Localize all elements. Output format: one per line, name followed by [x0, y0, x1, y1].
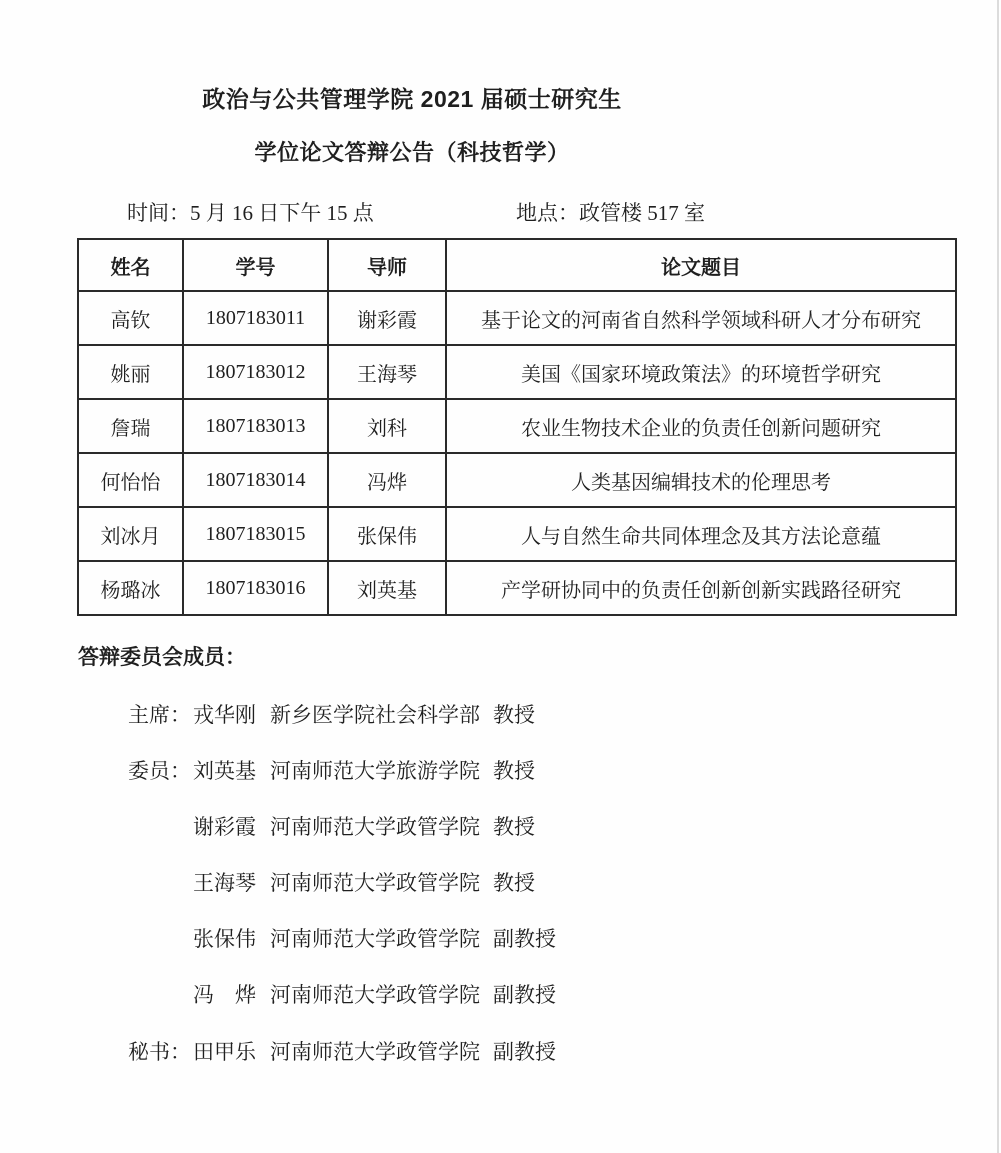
member-name: 张保伟: [193, 923, 256, 953]
student-name-cell: 刘冰月: [78, 507, 183, 561]
committee-member-row: 谢彩霞 河南师范大学政管学院 教授: [128, 811, 535, 841]
student-name-cell: 何怡怡: [78, 453, 183, 507]
member-affiliation: 新乡医学院社会科学部: [270, 699, 480, 729]
table-row: 何怡怡 1807183014 冯烨 人类基因编辑技术的伦理思考: [78, 453, 956, 507]
member-affiliation: 河南师范大学政管学院: [270, 979, 480, 1009]
member-affiliation: 河南师范大学政管学院: [270, 867, 480, 897]
thesis-title-cell: 人与自然生命共同体理念及其方法论意蕴: [446, 507, 956, 561]
thesis-title-cell: 基于论文的河南省自然科学领域科研人才分布研究: [446, 291, 956, 345]
member-affiliation: 河南师范大学政管学院: [270, 811, 480, 841]
member-title: 教授: [493, 811, 535, 841]
column-header-advisor: 导师: [328, 239, 446, 291]
member-name: 刘英基: [193, 755, 256, 785]
thesis-title-cell: 农业生物技术企业的负责任创新问题研究: [446, 399, 956, 453]
advisor-cell: 张保伟: [328, 507, 446, 561]
table-row: 高钦 1807183011 谢彩霞 基于论文的河南省自然科学领域科研人才分布研究: [78, 291, 956, 345]
column-header-id: 学号: [183, 239, 328, 291]
member-title: 教授: [493, 699, 535, 729]
member-name: 戎华刚: [193, 699, 256, 729]
member-title: 副教授: [493, 923, 556, 953]
student-id-cell: 1807183016: [183, 561, 328, 615]
advisor-cell: 冯烨: [328, 453, 446, 507]
table-row: 刘冰月 1807183015 张保伟 人与自然生命共同体理念及其方法论意蕴: [78, 507, 956, 561]
member-role-label: 秘书：: [128, 1036, 193, 1066]
member-title: 副教授: [493, 979, 556, 1009]
table-header-row: 姓名 学号 导师 论文题目: [78, 239, 956, 291]
thesis-title-cell: 人类基因编辑技术的伦理思考: [446, 453, 956, 507]
thesis-title-cell: 产学研协同中的负责任创新创新实践路径研究: [446, 561, 956, 615]
member-affiliation: 河南师范大学政管学院: [270, 1036, 480, 1066]
student-name-cell: 姚丽: [78, 345, 183, 399]
student-id-cell: 1807183011: [183, 291, 328, 345]
column-header-thesis: 论文题目: [446, 239, 956, 291]
member-title: 教授: [493, 867, 535, 897]
table-row: 姚丽 1807183012 王海琴 美国《国家环境政策法》的环境哲学研究: [78, 345, 956, 399]
advisor-cell: 谢彩霞: [328, 291, 446, 345]
page-right-edge-divider: [997, 0, 999, 1153]
member-role-label: 委员：: [128, 755, 193, 785]
page-title-line2: 学位论文答辩公告（科技哲学）: [0, 136, 824, 167]
student-id-cell: 1807183013: [183, 399, 328, 453]
member-name: 田甲乐: [193, 1036, 256, 1066]
member-affiliation: 河南师范大学政管学院: [270, 923, 480, 953]
student-id-cell: 1807183015: [183, 507, 328, 561]
thesis-title-cell: 美国《国家环境政策法》的环境哲学研究: [446, 345, 956, 399]
student-name-cell: 詹瑞: [78, 399, 183, 453]
committee-member-row: 秘书： 田甲乐 河南师范大学政管学院 副教授: [128, 1036, 556, 1066]
committee-member-row: 冯 烨 河南师范大学政管学院 副教授: [128, 979, 556, 1009]
committee-member-row: 王海琴 河南师范大学政管学院 教授: [128, 867, 535, 897]
student-name-cell: 高钦: [78, 291, 183, 345]
table-row: 詹瑞 1807183013 刘科 农业生物技术企业的负责任创新问题研究: [78, 399, 956, 453]
member-role-label: 主席：: [128, 699, 193, 729]
committee-member-row: 委员： 刘英基 河南师范大学旅游学院 教授: [128, 755, 535, 785]
member-name: 王海琴: [193, 867, 256, 897]
advisor-cell: 刘科: [328, 399, 446, 453]
member-name: 谢彩霞: [193, 811, 256, 841]
member-affiliation: 河南师范大学旅游学院: [270, 755, 480, 785]
committee-member-row: 主席： 戎华刚 新乡医学院社会科学部 教授: [128, 699, 535, 729]
table-row: 杨璐冰 1807183016 刘英基 产学研协同中的负责任创新创新实践路径研究: [78, 561, 956, 615]
student-id-cell: 1807183012: [183, 345, 328, 399]
page-title-line1: 政治与公共管理学院 2021 届硕士研究生: [0, 81, 824, 114]
member-title: 教授: [493, 755, 535, 785]
defense-time-label: 时间：5 月 16 日下午 15 点: [127, 197, 374, 227]
advisor-cell: 刘英基: [328, 561, 446, 615]
committee-heading: 答辩委员会成员：: [78, 641, 246, 671]
students-table: 姓名 学号 导师 论文题目 高钦 1807183011 谢彩霞 基于论文的河南省…: [77, 238, 957, 616]
defense-location-label: 地点：政管楼 517 室: [516, 197, 705, 227]
advisor-cell: 王海琴: [328, 345, 446, 399]
member-title: 副教授: [493, 1036, 556, 1066]
student-name-cell: 杨璐冰: [78, 561, 183, 615]
member-name: 冯 烨: [193, 979, 256, 1009]
student-id-cell: 1807183014: [183, 453, 328, 507]
committee-member-row: 张保伟 河南师范大学政管学院 副教授: [128, 923, 556, 953]
column-header-name: 姓名: [78, 239, 183, 291]
